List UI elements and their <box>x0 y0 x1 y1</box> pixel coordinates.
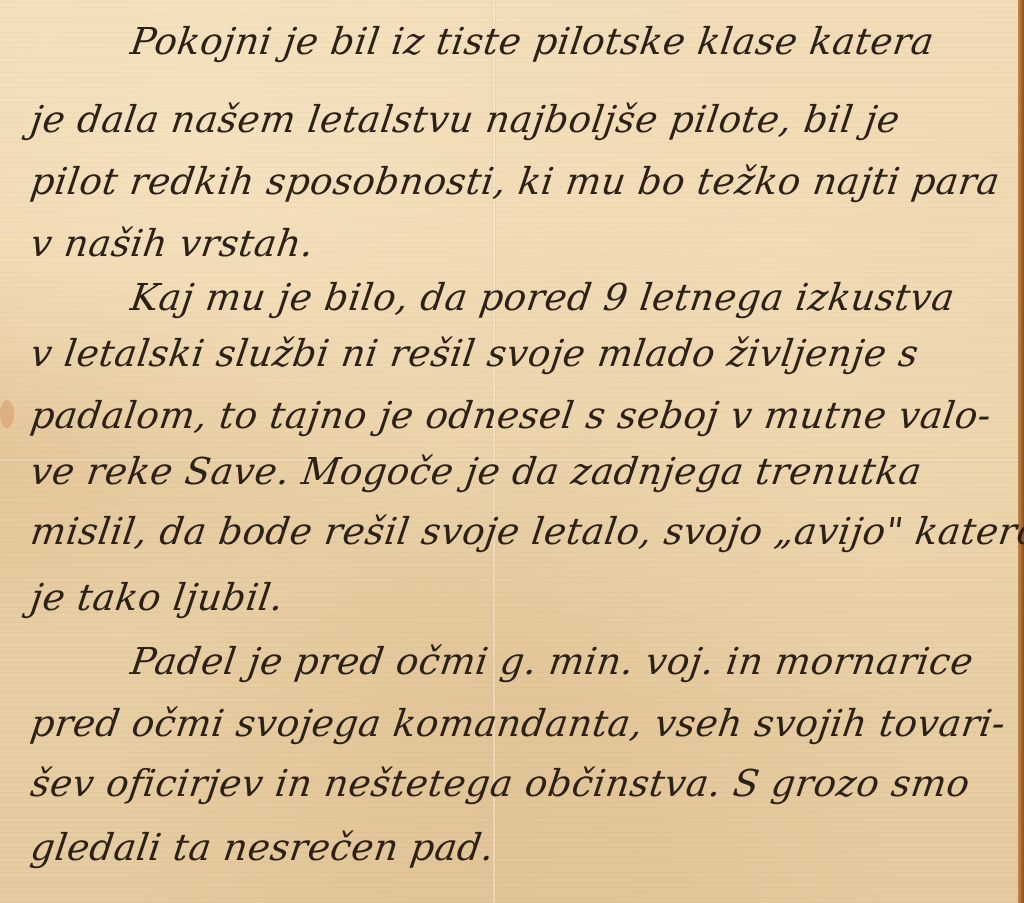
text-line: mislil, da bode rešil svoje letalo, svoj… <box>28 510 1024 553</box>
text-line: šev oficirjev in neštetega občinstva. S … <box>28 762 973 805</box>
text-line: gledali ta nesrečen pad. <box>28 826 497 869</box>
letter-page: Pokojni je bil iz tiste pilotske klase k… <box>0 0 1024 903</box>
text-line: pilot redkih sposobnosti, ki mu bo težko… <box>28 160 1003 203</box>
text-line: Padel je pred očmi g. min. voj. in morna… <box>28 640 976 683</box>
text-line: pred očmi svojega komandanta, vseh svoji… <box>28 702 1008 745</box>
text-line: Pokojni je bil iz tiste pilotske klase k… <box>28 20 937 63</box>
text-line: padalom, to tajno je odnesel s seboj v m… <box>28 394 994 437</box>
paper-stain <box>0 400 14 428</box>
text-line: je dala našem letalstvu najboljše pilote… <box>28 98 903 141</box>
text-line: je tako ljubil. <box>28 576 286 619</box>
page-edge <box>1018 0 1024 903</box>
text-line: ve reke Save. Mogoče je da zadnjega tren… <box>28 450 925 493</box>
text-line: Kaj mu je bilo, da pored 9 letnega izkus… <box>28 276 957 319</box>
text-line: v naših vrstah. <box>28 222 317 265</box>
text-line: v letalski službi ni rešil svoje mlado ž… <box>28 332 921 375</box>
